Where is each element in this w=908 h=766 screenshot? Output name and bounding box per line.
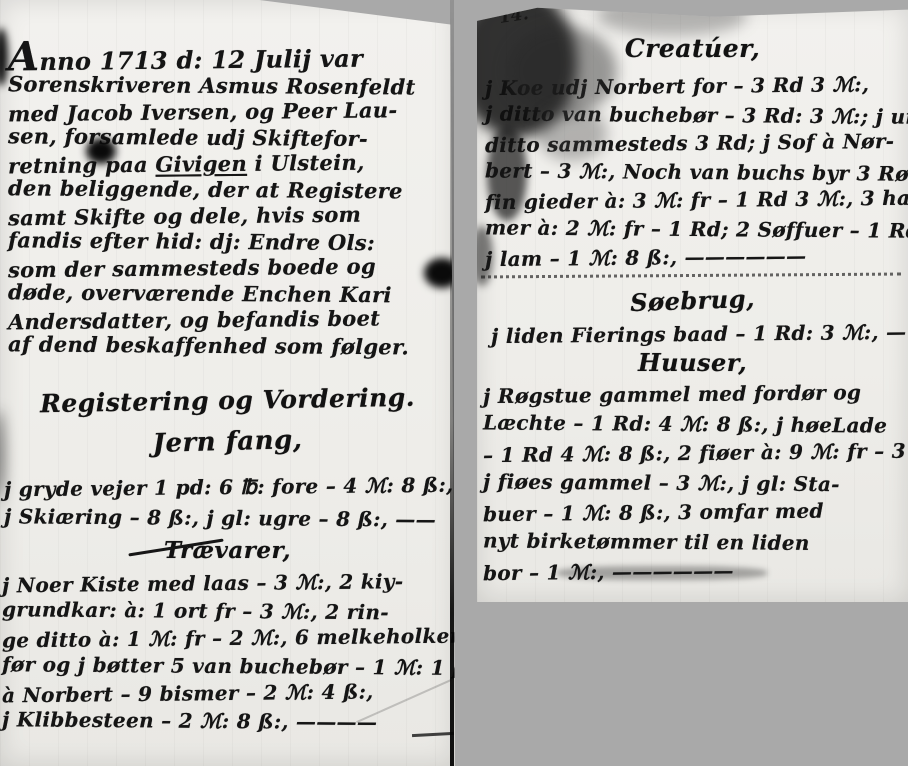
text-line: ditto sammesteds 3 Rd; j Sof à Nør-	[485, 127, 903, 160]
creatuer-items: j Koe udj Norbert for – 3 Rd 3 ℳ:,j ditt…	[485, 72, 903, 272]
text-line: j Røgstue gammel med fordør og	[483, 378, 903, 412]
text-line: fandis efter hid: dj: Endre Ols:	[8, 227, 452, 256]
text-line: j ditto van buchebør – 3 Rd: 3 ℳ:; j ung	[485, 99, 903, 131]
text-line: à Norbert – 9 bismer – 2 ℳ: 4 ß:,	[2, 678, 454, 710]
jernfang-items: j gryde vejer 1 pd: 6 ℔: fore – 4 ℳ: 8 ß…	[4, 472, 454, 534]
text-line: ge ditto à: 1 ℳ: fr – 2 ℳ:, 6 melkeholke…	[2, 623, 454, 655]
text-line: – 1 Rd 4 ℳ: 8 ß:, 2 fiøer à: 9 ℳ: fr – 3…	[483, 437, 903, 471]
text-line: samt Skifte og dele, hvis som	[8, 201, 452, 232]
text-line: døde, overværende Enchen Kari	[8, 279, 452, 308]
opening-paragraph: Anno 1713 d: 12 Julij varSorenskriveren …	[8, 42, 452, 359]
text-line: bor – 1 ℳ:, ——————	[483, 555, 903, 589]
dotted-separator	[481, 273, 901, 279]
soebrug-items: j liden Fierings baad – 1 Rd: 3 ℳ:, —	[491, 320, 901, 348]
manuscript-scan: Anno 1713 d: 12 Julij varSorenskriveren …	[0, 0, 908, 766]
section-heading-creatuer: Creatúer,	[477, 34, 908, 63]
text-line: som der sammesteds boede og	[8, 253, 452, 284]
text-line: før og j bøtter 5 van buchebør – 1 ℳ: 1 …	[2, 651, 454, 682]
right-page: 14. Creatúer, j Koe udj Norbert for – 3 …	[477, 6, 908, 602]
text-line: j gryde vejer 1 pd: 6 ℔: fore – 4 ℳ: 8 ß…	[4, 470, 454, 506]
text-line: j Klibbesteen – 2 ℳ: 8 ß:, ————	[2, 706, 454, 737]
page-edge-shadow	[450, 0, 454, 766]
section-heading-huuser: Huuser,	[477, 348, 908, 377]
text-line: nyt birketømmer til en liden	[483, 526, 903, 559]
text-line: den beliggende, der at Registere	[8, 175, 452, 204]
text-line: j lam – 1 ℳ: 8 ß:, ——————	[485, 241, 903, 274]
section-heading-registering: Registering og Vordering.	[0, 382, 455, 419]
text-line: j Koe udj Norbert for – 3 Rd 3 ℳ:,	[485, 70, 903, 103]
text-line: af dend beskaffenhed som følger.	[8, 331, 452, 360]
text-line: Sorenskriveren Asmus Rosenfeldt	[8, 71, 452, 100]
text-line: buer – 1 ℳ: 8 ß:, 3 omfar med	[483, 496, 903, 530]
section-heading-jernfang: Jern fang,	[0, 421, 455, 463]
text-line: j fiøes gammel – 3 ℳ:, j gl: Sta-	[483, 467, 903, 500]
text-line: grundkar: à: 1 ort fr – 3 ℳ:, 2 rin-	[2, 596, 454, 627]
huuser-items: j Røgstue gammel med fordør ogLæchte – 1…	[483, 380, 903, 587]
text-line: fin gieder à: 3 ℳ: fr – 1 Rd 3 ℳ:, 3 ham…	[485, 184, 903, 217]
text-line: j Skiæring – 8 ß:, j gl: ugre – 8 ß:, ——	[4, 501, 454, 536]
section-heading-trevarer: Trævarer,	[0, 537, 455, 564]
text-line: sen, forsamlede udj Skiftefor-	[8, 123, 452, 152]
text-line: Anno 1713 d: 12 Julij var	[8, 40, 452, 76]
text-line: retning paa Givigen i Ulstein,	[8, 149, 452, 180]
text-line: bert – 3 ℳ:, Noch van buchs byr 3 Rø-	[485, 156, 903, 188]
text-line: j liden Fierings baad – 1 Rd: 3 ℳ:, —	[491, 318, 901, 350]
trevarer-items: j Noer Kiste med laas – 3 ℳ:, 2 kiy-grun…	[2, 570, 454, 735]
text-line: med Jacob Iversen, og Peer Lau-	[8, 97, 452, 128]
text-line: Læchte – 1 Rd: 4 ℳ: 8 ß:, j høeLade	[483, 408, 903, 441]
page-number: 14.	[498, 4, 530, 28]
ink-stain	[597, 0, 747, 36]
left-page: Anno 1713 d: 12 Julij varSorenskriveren …	[0, 0, 455, 766]
text-line: j Noer Kiste med laas – 3 ℳ:, 2 kiy-	[2, 568, 454, 600]
text-line: mer à: 2 ℳ: fr – 1 Rd; 2 Søffuer – 1 Rd,	[485, 213, 903, 245]
section-heading-soebrug: Søebrug,	[477, 278, 908, 322]
text-line: Andersdatter, og befandis boet	[8, 305, 452, 336]
